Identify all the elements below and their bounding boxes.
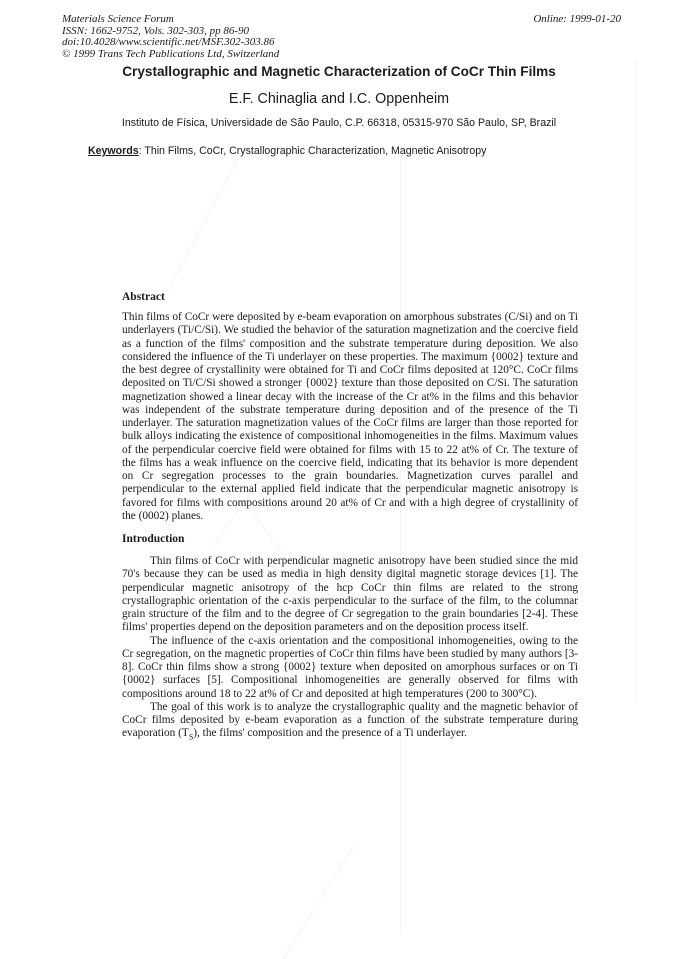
scan-artifact-vertical-line	[635, 60, 636, 700]
keywords-label: Keywords	[88, 145, 139, 157]
document-page: Materials Science Forum ISSN: 1662-9752,…	[0, 0, 678, 959]
scan-artifact-vertical-line	[400, 148, 401, 934]
authors: E.F. Chinaglia and I.C. Oppenheim	[0, 91, 678, 107]
paper-title: Crystallographic and Magnetic Characteri…	[0, 64, 678, 80]
paper-page: { "header": { "journal": "Materials Scie…	[0, 0, 678, 959]
introduction-text: Thin films of CoCr with perpendicular ma…	[122, 555, 578, 741]
introduction-paragraph: The goal of this work is to analyze the …	[122, 701, 578, 741]
affiliation: Instituto de Física, Universidade de São…	[0, 117, 678, 129]
scan-artifact-diagonal-line	[283, 846, 354, 958]
copyright-line: © 1999 Trans Tech Publications Ltd, Swit…	[62, 49, 279, 61]
introduction-paragraph-post: ), the films' composition and the presen…	[193, 727, 467, 739]
journal-name: Materials Science Forum	[62, 14, 279, 26]
journal-meta-block: Materials Science Forum ISSN: 1662-9752,…	[62, 14, 279, 61]
introduction-paragraph: Thin films of CoCr with perpendicular ma…	[122, 555, 578, 635]
introduction-paragraph: The influence of the c-axis orientation …	[122, 635, 578, 701]
introduction-heading: Introduction	[122, 533, 184, 546]
scan-artifact-diagonal-line	[167, 151, 242, 291]
abstract-text: Thin films of CoCr were deposited by e-b…	[122, 311, 578, 523]
online-date: Online: 1999-01-20	[533, 14, 621, 26]
abstract-heading: Abstract	[122, 291, 165, 304]
keywords-value: Thin Films, CoCr, Crystallographic Chara…	[144, 145, 486, 157]
keywords-line: Keywords: Thin Films, CoCr, Crystallogra…	[88, 145, 618, 157]
